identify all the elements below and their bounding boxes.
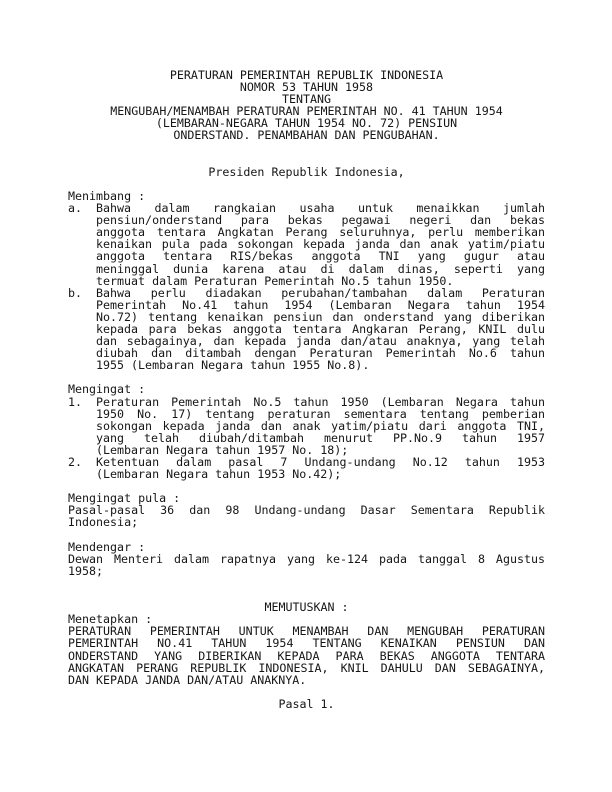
item-text: Bahwa dalam rangkaian usaha untuk menaik…	[96, 202, 545, 287]
spacer	[68, 142, 545, 166]
mendengar-text: Dewan Menteri dalam rapatnya yang ke-124…	[68, 553, 545, 577]
mengingat-item-2: 2. Ketentuan dalam pasal 7 Undang-undang…	[68, 456, 545, 480]
salutation: Presiden Republik Indonesia,	[68, 166, 545, 178]
mendengar-heading: Mendengar :	[68, 541, 545, 553]
item-label: b.	[68, 287, 82, 299]
item-text: Ketentuan dalam pasal 7 Undang-undang No…	[96, 456, 545, 480]
item-label: 2.	[68, 456, 82, 468]
item-text: Peraturan Pemerintah No.5 tahun 1950 (Le…	[96, 396, 545, 456]
pasal-1-heading: Pasal 1.	[68, 698, 545, 710]
item-label: a.	[68, 202, 82, 214]
mengingat-pula-text: Pasal-pasal 36 dan 98 Undang-undang Dasa…	[68, 504, 545, 528]
document-title: PERATURAN PEMERINTAH REPUBLIK INDONESIA …	[68, 69, 545, 142]
title-line-6: ONDERSTAND. PENAMBAHAN DAN PENGUBAHAN.	[68, 129, 545, 141]
spacer	[68, 577, 545, 601]
item-label: 1.	[68, 396, 82, 408]
menetapkan-text: PERATURAN PEMERINTAH UNTUK MENAMBAH DAN …	[68, 625, 545, 685]
menimbang-item-b: b. Bahwa perlu diadakan perubahan/tambah…	[68, 287, 545, 372]
item-text: Bahwa perlu diadakan perubahan/tambahan …	[96, 287, 545, 372]
mengingat-item-1: 1. Peraturan Pemerintah No.5 tahun 1950 …	[68, 396, 545, 456]
document-page: PERATURAN PEMERINTAH REPUBLIK INDONESIA …	[0, 0, 612, 792]
document-content: PERATURAN PEMERINTAH REPUBLIK INDONESIA …	[68, 69, 545, 710]
mengingat-heading: Mengingat :	[68, 383, 545, 395]
spacer	[68, 529, 545, 541]
menimbang-item-a: a. Bahwa dalam rangkaian usaha untuk men…	[68, 202, 545, 287]
